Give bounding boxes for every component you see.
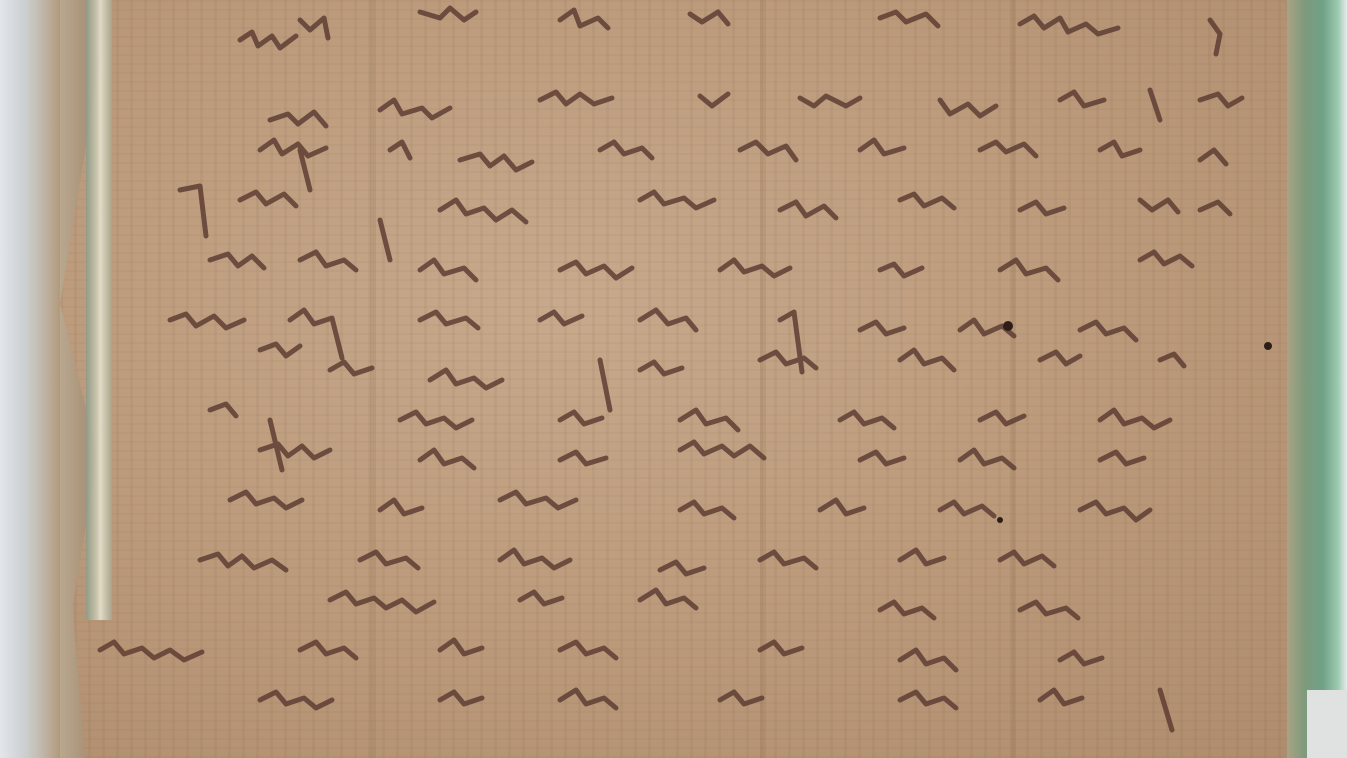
papyrus-photo: Ancient papyrus fragment with handwritte…	[0, 0, 1347, 758]
handwritten-script-lines	[0, 0, 1347, 758]
